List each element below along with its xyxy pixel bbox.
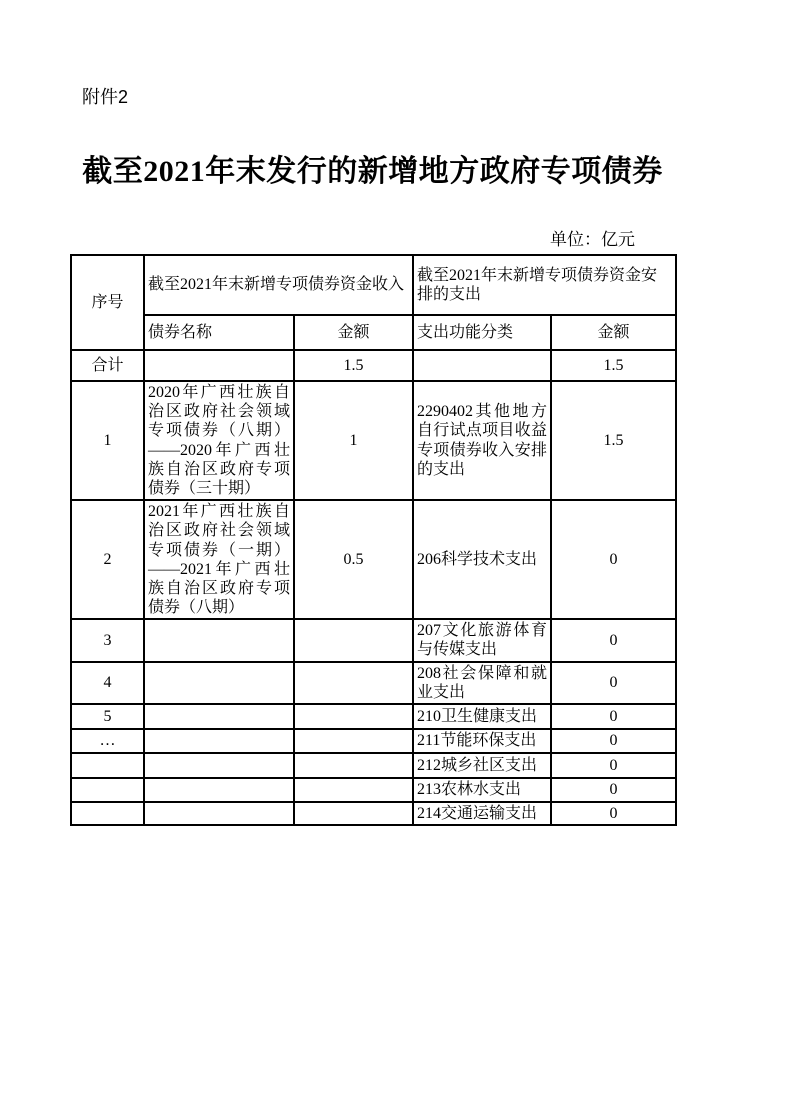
cell-expense-amount: 0 [551, 802, 676, 825]
header-seq: 序号 [71, 255, 144, 350]
cell-seq [71, 753, 144, 778]
cell-expense-amount: 0 [551, 662, 676, 704]
cell-bond-name [144, 802, 294, 825]
cell-seq: … [71, 729, 144, 753]
attachment-label: 附件2 [82, 86, 794, 108]
cell-expense-amount: 1.5 [551, 350, 676, 381]
cell-expense-amount: 0 [551, 500, 676, 619]
cell-income-amount: 0.5 [294, 500, 413, 619]
header-income-amount: 金额 [294, 315, 413, 350]
cell-income-amount [294, 662, 413, 704]
cell-seq: 3 [71, 619, 144, 661]
document-page: 附件2 截至2021年末发行的新增地方政府专项债券 单位：亿元 序号 截至202… [0, 0, 794, 1108]
table-row: 4 208社会保障和就业支出 0 [71, 662, 676, 704]
cell-expense-category: 214交通运输支出 [413, 802, 551, 825]
cell-seq [71, 778, 144, 802]
cell-expense-category: 208社会保障和就业支出 [413, 662, 551, 704]
table-row: 2 2021年广西壮族自治区政府社会领域专项债券（一期）——2021年广西壮族自… [71, 500, 676, 619]
cell-income-amount [294, 704, 413, 729]
cell-expense-amount: 1.5 [551, 381, 676, 500]
cell-bond-name [144, 662, 294, 704]
table-row: 5 210卫生健康支出 0 [71, 704, 676, 729]
cell-expense-category: 206科学技术支出 [413, 500, 551, 619]
cell-expense-amount: 0 [551, 704, 676, 729]
cell-seq: 合计 [71, 350, 144, 381]
cell-income-amount [294, 753, 413, 778]
cell-expense-category: 212城乡社区支出 [413, 753, 551, 778]
table-row-total: 合计 1.5 1.5 [71, 350, 676, 381]
cell-expense-category: 213农林水支出 [413, 778, 551, 802]
cell-expense-category [413, 350, 551, 381]
cell-seq: 2 [71, 500, 144, 619]
header-bond-name: 债券名称 [144, 315, 294, 350]
table-row: 212城乡社区支出 0 [71, 753, 676, 778]
cell-expense-category: 2290402其他地方自行试点项目收益专项债券收入安排的支出 [413, 381, 551, 500]
header-row-sub: 债券名称 金额 支出功能分类 金额 [71, 315, 676, 350]
header-row-group: 序号 截至2021年末新增专项债券资金收入 截至2021年末新增专项债券资金安排… [71, 255, 676, 315]
cell-bond-name: 2020年广西壮族自治区政府社会领域专项债券（八期）——2020年广西壮族自治区… [144, 381, 294, 500]
header-income-group: 截至2021年末新增专项债券资金收入 [144, 255, 413, 315]
cell-income-amount [294, 729, 413, 753]
page-title: 截至2021年末发行的新增地方政府专项债券 [70, 152, 675, 192]
cell-bond-name [144, 619, 294, 661]
header-expense-amount: 金额 [551, 315, 676, 350]
cell-expense-amount: 0 [551, 778, 676, 802]
cell-income-amount [294, 802, 413, 825]
cell-expense-category: 211节能环保支出 [413, 729, 551, 753]
cell-seq [71, 802, 144, 825]
table-row: 213农林水支出 0 [71, 778, 676, 802]
cell-income-amount: 1 [294, 381, 413, 500]
cell-income-amount [294, 778, 413, 802]
header-expense-category: 支出功能分类 [413, 315, 551, 350]
cell-bond-name [144, 729, 294, 753]
cell-expense-category: 210卫生健康支出 [413, 704, 551, 729]
cell-expense-amount: 0 [551, 729, 676, 753]
table-row: 214交通运输支出 0 [71, 802, 676, 825]
header-expense-group: 截至2021年末新增专项债券资金安排的支出 [413, 255, 676, 315]
cell-seq: 5 [71, 704, 144, 729]
bonds-table: 序号 截至2021年末新增专项债券资金收入 截至2021年末新增专项债券资金安排… [70, 254, 677, 826]
table-row: … 211节能环保支出 0 [71, 729, 676, 753]
cell-bond-name [144, 753, 294, 778]
cell-income-amount: 1.5 [294, 350, 413, 381]
cell-bond-name: 2021年广西壮族自治区政府社会领域专项债券（一期）——2021年广西壮族自治区… [144, 500, 294, 619]
cell-expense-amount: 0 [551, 619, 676, 661]
cell-income-amount [294, 619, 413, 661]
cell-bond-name [144, 704, 294, 729]
cell-bond-name [144, 778, 294, 802]
cell-expense-amount: 0 [551, 753, 676, 778]
cell-seq: 4 [71, 662, 144, 704]
table-row: 1 2020年广西壮族自治区政府社会领域专项债券（八期）——2020年广西壮族自… [71, 381, 676, 500]
cell-bond-name [144, 350, 294, 381]
cell-expense-category: 207文化旅游体育与传媒支出 [413, 619, 551, 661]
table-row: 3 207文化旅游体育与传媒支出 0 [71, 619, 676, 661]
cell-seq: 1 [71, 381, 144, 500]
unit-label: 单位：亿元 [70, 229, 675, 251]
document-content: 截至2021年末发行的新增地方政府专项债券 单位：亿元 序号 截至2021年末新… [70, 152, 675, 826]
